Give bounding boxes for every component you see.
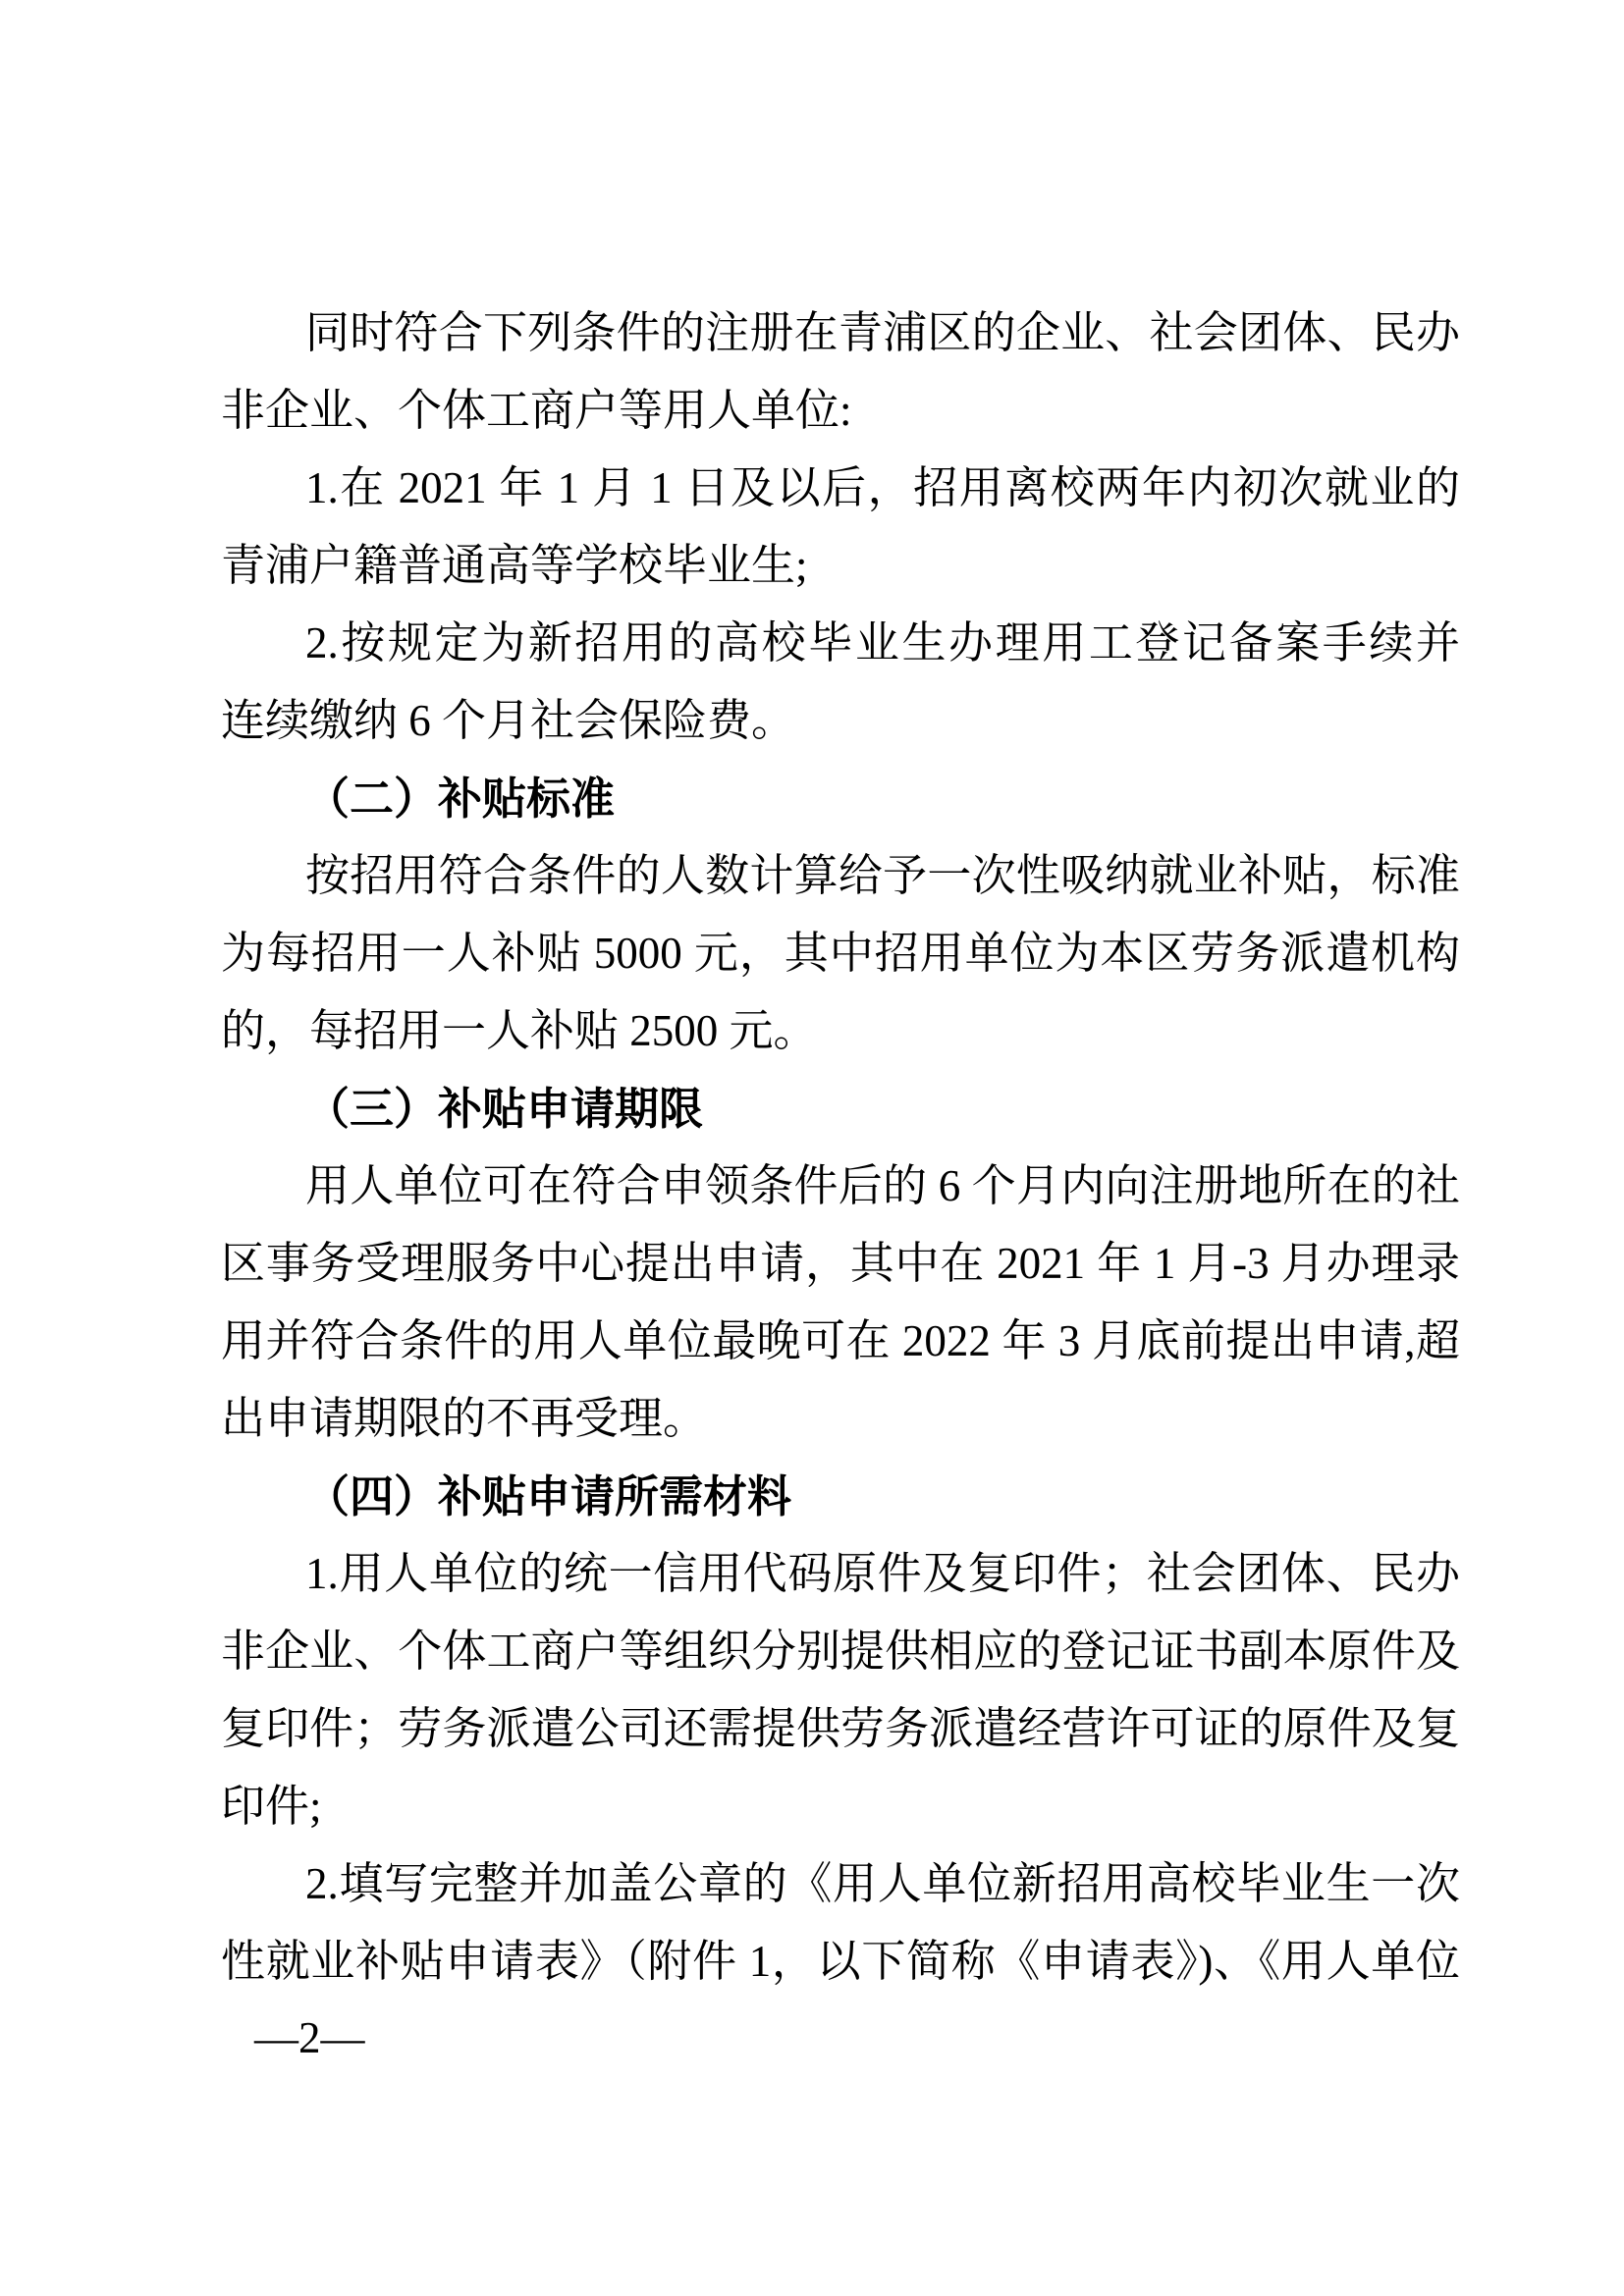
section-heading: （四）补贴申请所需材料 bbox=[221, 1458, 1460, 1535]
text-line: 出申请期限的不再受理。 bbox=[221, 1380, 1460, 1458]
text-line: 青浦户籍普通高等学校毕业生; bbox=[221, 527, 1460, 605]
text-line: 复印件；劳务派遣公司还需提供劳务派遣经营许可证的原件及复 bbox=[221, 1690, 1460, 1768]
document-page: 同时符合下列条件的注册在青浦区的企业、社会团体、民办非企业、个体工商户等用人单位… bbox=[0, 0, 1624, 2296]
text-line: 用人单位可在符合申领条件后的 6 个月内向注册地所在的社 bbox=[221, 1148, 1460, 1225]
text-line: 2.按规定为新招用的高校毕业生办理用工登记备案手续并 bbox=[221, 605, 1460, 682]
page-footer: —2— bbox=[254, 2007, 365, 2068]
section-heading: （二）补贴标准 bbox=[221, 760, 1460, 837]
page-number: —2— bbox=[254, 2013, 365, 2062]
text-line: 用并符合条件的用人单位最晚可在 2022 年 3 月底前提出申请,超 bbox=[221, 1303, 1460, 1380]
document-body: 同时符合下列条件的注册在青浦区的企业、社会团体、民办非企业、个体工商户等用人单位… bbox=[221, 294, 1460, 2001]
text-line: 1.用人单位的统一信用代码原件及复印件；社会团体、民办 bbox=[221, 1535, 1460, 1613]
text-line: 连续缴纳 6 个月社会保险费。 bbox=[221, 682, 1460, 760]
text-line: 性就业补贴申请表》（附件 1，以下简称《申请表》)、《用人单位 bbox=[221, 1923, 1460, 2001]
text-line: 的，每招用一人补贴 2500 元。 bbox=[221, 992, 1460, 1070]
text-line: 区事务受理服务中心提出申请，其中在 2021 年 1 月-3 月办理录 bbox=[221, 1225, 1460, 1303]
text-line: 非企业、个体工商户等用人单位: bbox=[221, 372, 1460, 450]
text-line: 印件; bbox=[221, 1768, 1460, 1845]
text-line: 1.在 2021 年 1 月 1 日及以后，招用离校两年内初次就业的 bbox=[221, 450, 1460, 527]
text-line: 非企业、个体工商户等组织分别提供相应的登记证书副本原件及 bbox=[221, 1613, 1460, 1690]
section-heading: （三）补贴申请期限 bbox=[221, 1070, 1460, 1148]
text-line: 为每招用一人补贴 5000 元，其中招用单位为本区劳务派遣机构 bbox=[221, 915, 1460, 992]
text-line: 2.填写完整并加盖公章的《用人单位新招用高校毕业生一次 bbox=[221, 1845, 1460, 1923]
text-line: 按招用符合条件的人数计算给予一次性吸纳就业补贴，标准 bbox=[221, 837, 1460, 915]
text-line: 同时符合下列条件的注册在青浦区的企业、社会团体、民办 bbox=[221, 294, 1460, 372]
